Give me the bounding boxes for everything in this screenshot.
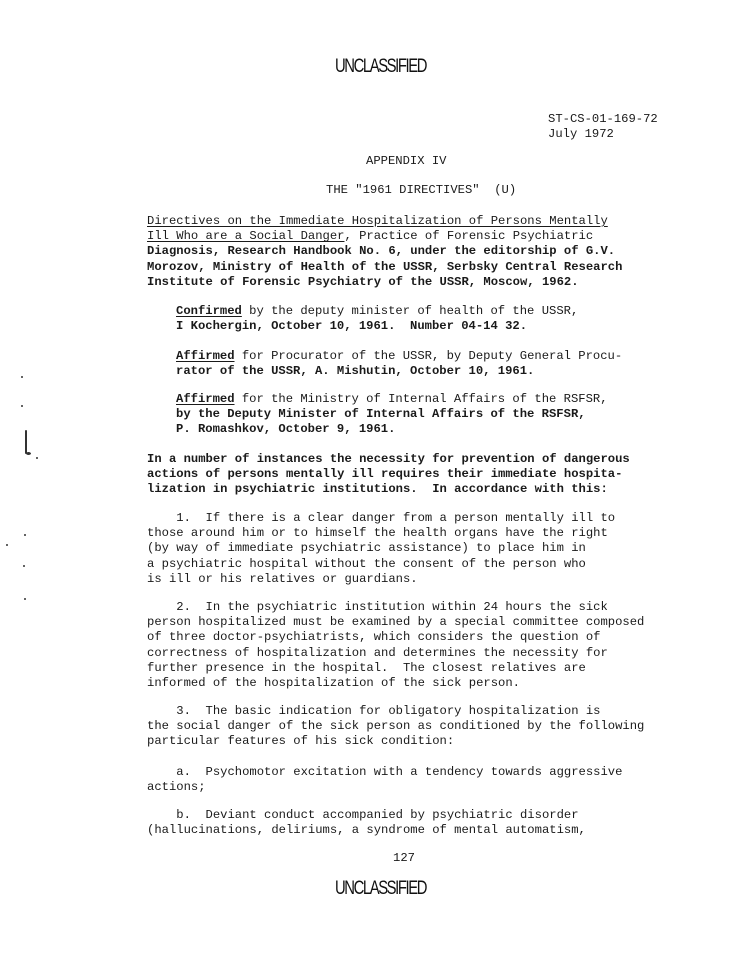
text-line: actions of persons mentally ill requires… [147,467,622,481]
text-line: a. Psychomotor excitation with a tendenc… [147,765,622,779]
text-line: (by way of immediate psychiatric assista… [147,541,586,555]
document-page: UNCLASSIFIED ST-CS-01-169-72 July 1972 A… [0,0,750,972]
citation-block: Directives on the Immediate Hospitalizat… [147,214,622,290]
citation-text: Morozov, Ministry of Health of the USSR,… [147,260,622,274]
scan-artifact [24,534,26,536]
text-line: 3. The basic indication for obligatory h… [147,704,600,718]
approval-procurator: Affirmed for Procurator of the USSR, by … [176,349,622,379]
paragraph-item-3a: a. Psychomotor excitation with a tendenc… [147,765,622,795]
text-line: a psychiatric hospital without the conse… [147,557,586,571]
approval-internal-affairs: Affirmed for the Ministry of Internal Af… [176,392,608,438]
scan-artifact [21,405,23,407]
reference-number: ST-CS-01-169-72 [548,112,658,126]
text-line: (hallucinations, deliriums, a syndrome o… [147,823,586,837]
page-number: 127 [393,851,415,866]
text-line: 2. In the psychiatric institution within… [147,600,608,614]
citation-text: , Practice of Forensic Psychiatric [344,229,593,243]
scan-artifact [23,565,25,567]
text-line: is ill or his relatives or guardians. [147,572,418,586]
text-line: actions; [147,780,206,794]
approval-text: for Procurator of the USSR, by Deputy Ge… [235,349,623,363]
text-line: person hospitalized must be examined by … [147,615,644,629]
approval-text: rator of the USSR, A. Mishutin, October … [176,364,534,378]
scan-artifact [24,598,26,600]
citation-text: Diagnosis, Research Handbook No. 6, unde… [147,244,615,258]
approval-confirmed: Confirmed by the deputy minister of heal… [176,304,578,334]
approval-text: by the Deputy Minister of Internal Affai… [176,407,586,421]
approval-text: for the Ministry of Internal Affairs of … [235,392,608,406]
citation-text: Institute of Forensic Psychiatry of the … [147,275,579,289]
text-line: 1. If there is a clear danger from a per… [147,511,615,525]
document-date: July 1972 [548,127,614,141]
approval-text: by the deputy minister of health of the … [242,304,578,318]
approval-keyword: Affirmed [176,392,235,406]
text-line: correctness of hospitalization and deter… [147,646,608,660]
paragraph-item-3b: b. Deviant conduct accompanied by psychi… [147,808,586,838]
text-line: lization in psychiatric institutions. In… [147,482,608,496]
text-line: b. Deviant conduct accompanied by psychi… [147,808,579,822]
classification-marking-bottom: UNCLASSIFIED [88,878,673,900]
text-line: further presence in the hospital. The cl… [147,661,586,675]
approval-keyword: Confirmed [176,304,242,318]
text-line: In a number of instances the necessity f… [147,452,630,466]
approval-text: I Kochergin, October 10, 1961. Number 04… [176,319,527,333]
intro-paragraph: In a number of instances the necessity f… [147,452,630,498]
paragraph-item-1: 1. If there is a clear danger from a per… [147,511,615,587]
scan-artifact [36,457,38,459]
scan-artifact [6,544,8,546]
appendix-heading: APPENDIX IV [366,154,446,169]
paragraph-item-2: 2. In the psychiatric institution within… [147,600,644,691]
scan-artifact [26,452,31,455]
text-line: those around him or to himself the healt… [147,526,608,540]
approval-text: P. Romashkov, October 9, 1961. [176,422,395,436]
citation-title-underlined: Directives on the Immediate Hospitalizat… [147,214,608,228]
text-line: the social danger of the sick person as … [147,719,644,733]
classification-marking-top: UNCLASSIFIED [88,56,673,78]
text-line: of three doctor-psychiatrists, which con… [147,630,600,644]
document-reference: ST-CS-01-169-72 July 1972 [548,112,658,142]
text-line: particular features of his sick conditio… [147,734,454,748]
text-line: informed of the hospitalization of the s… [147,676,520,690]
approval-keyword: Affirmed [176,349,235,363]
paragraph-item-3: 3. The basic indication for obligatory h… [147,704,644,750]
scan-artifact [25,430,27,454]
section-title: THE "1961 DIRECTIVES" (U) [326,183,516,198]
citation-title-underlined-cont: Ill Who are a Social Danger [147,229,344,243]
scan-artifact [21,376,23,378]
